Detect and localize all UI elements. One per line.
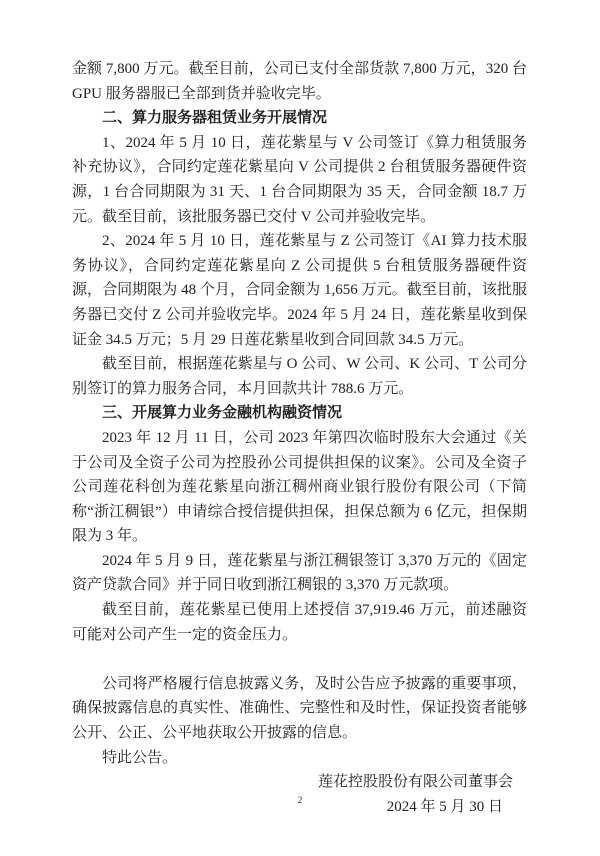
paragraph-monthly-collections: 截至目前，根据莲花紫星与 O 公司、W 公司、K 公司、T 公司分别签订的算力服… — [72, 352, 527, 401]
paragraph-credit-usage: 截至目前，莲花紫星已使用上述授信 37,919.46 万元，前述融资可能对公司产… — [72, 598, 527, 647]
paragraph-rental-item-1: 1、2024 年 5 月 10 日，莲花紫星与 V 公司签订《算力租赁服务补充协… — [72, 131, 527, 229]
document-body: 金额 7,800 万元。截至目前，公司已支付全部货款 7,800 万元，320 … — [72, 57, 527, 819]
signature-board: 莲花控股股份有限公司董事会 — [72, 770, 527, 795]
blank-line — [72, 647, 527, 672]
announcement-page: 金额 7,800 万元。截至目前，公司已支付全部货款 7,800 万元，320 … — [0, 0, 600, 856]
section-heading-3: 三、开展算力业务金融机构融资情况 — [72, 401, 527, 426]
paragraph-closing: 特此公告。 — [72, 746, 527, 771]
paragraph-guarantee-resolution: 2023 年 12 月 11 日，公司 2023 年第四次临时股东大会通过《关于… — [72, 426, 527, 549]
page-number: 2 — [0, 796, 600, 806]
paragraph-rental-item-2: 2、2024 年 5 月 10 日，莲花紫星与 Z 公司签订《AI 算力技术服务… — [72, 229, 527, 352]
paragraph-disclosure-commitment: 公司将严格履行信息披露义务，及时公告应予披露的重要事项，确保披露信息的真实性、准… — [72, 672, 527, 746]
section-heading-2: 二、算力服务器租赁业务开展情况 — [72, 106, 527, 131]
paragraph-loan-contract: 2024 年 5 月 9 日，莲花紫星与浙江稠银签订 3,370 万元的《固定资… — [72, 549, 527, 598]
paragraph-continuation: 金额 7,800 万元。截至目前，公司已支付全部货款 7,800 万元，320 … — [72, 57, 527, 106]
